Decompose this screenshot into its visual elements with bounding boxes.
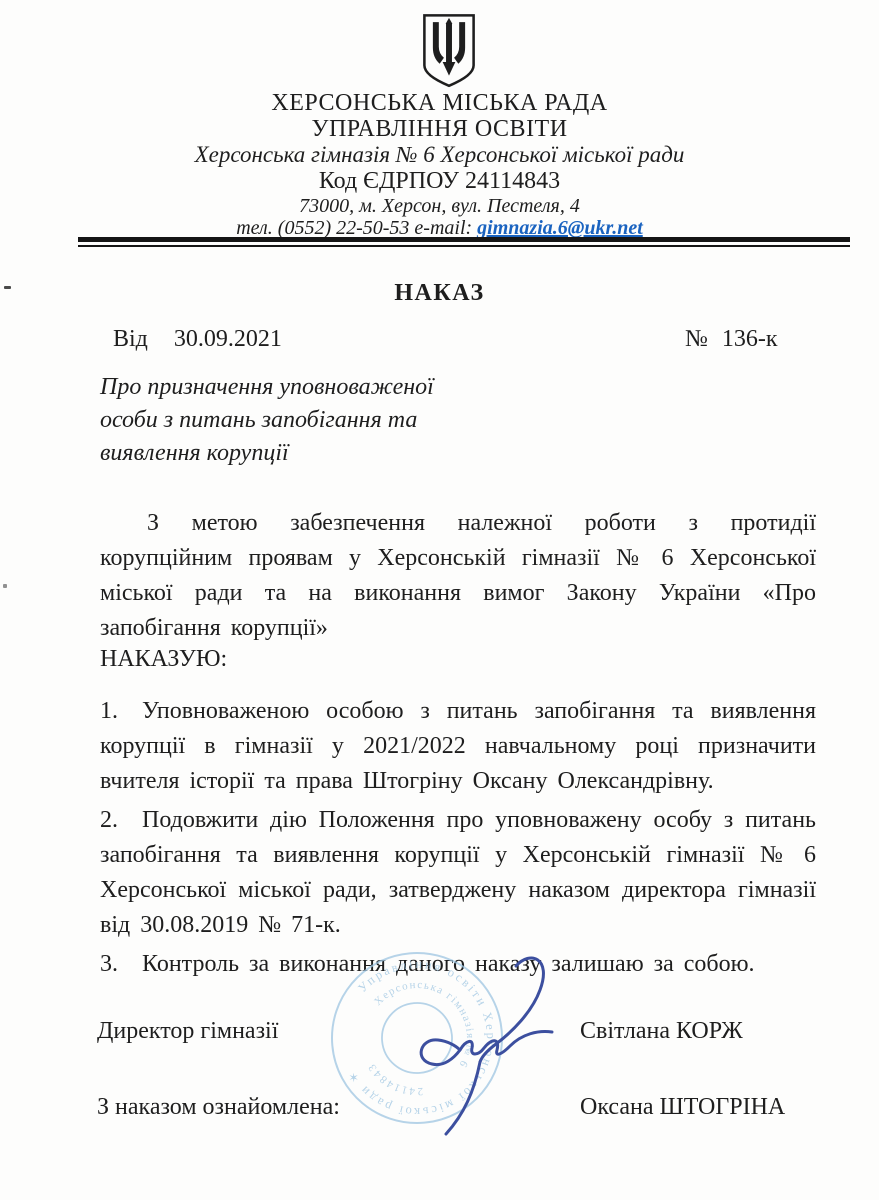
acknowledged-label: З наказом ознайомлена: bbox=[97, 1094, 340, 1121]
item-number: 2. bbox=[100, 807, 118, 833]
scanned-order-document: ХЕРСОНСЬКА МІСЬКА РАДА УПРАВЛІННЯ ОСВІТИ… bbox=[0, 0, 879, 1200]
order-item-1: 1.Уповноваженою особою з питань запобіга… bbox=[100, 694, 816, 799]
subject-line: виявлення корупції bbox=[100, 437, 520, 470]
number-label: № bbox=[685, 326, 708, 352]
order-subject: Про призначення уповноваженої особи з пи… bbox=[100, 371, 520, 470]
org-name-line1: ХЕРСОНСЬКА МІСЬКА РАДА bbox=[0, 90, 879, 116]
item-number: 1. bbox=[100, 698, 118, 724]
scan-artifact bbox=[4, 286, 11, 289]
order-date: Від30.09.2021 bbox=[113, 326, 282, 353]
ukraine-trident-emblem-icon bbox=[421, 12, 477, 90]
scan-artifact bbox=[3, 584, 7, 588]
email-link[interactable]: gimnazia.6@ukr.net bbox=[477, 217, 643, 239]
order-preamble: З метою забезпечення належної роботи з п… bbox=[100, 506, 816, 646]
director-label: Директор гімназії bbox=[97, 1018, 278, 1045]
org-name-line2: УПРАВЛІННЯ ОСВІТИ bbox=[0, 116, 879, 142]
director-name: Світлана КОРЖ bbox=[580, 1018, 743, 1045]
gymnasium-name: Херсонська гімназія № 6 Херсонської місь… bbox=[0, 142, 879, 168]
order-item-2: 2.Подовжити дію Положення про уповноваже… bbox=[100, 803, 816, 943]
handwritten-signature bbox=[400, 952, 590, 1138]
number-value: 136-к bbox=[722, 326, 778, 352]
order-number: №136-к bbox=[685, 326, 778, 353]
item-text: Уповноваженою особою з питань запобіганн… bbox=[100, 698, 816, 794]
edrpou-code: Код ЄДРПОУ 24114843 bbox=[0, 168, 879, 195]
date-value: 30.09.2021 bbox=[174, 326, 282, 352]
subject-line: Про призначення уповноваженої bbox=[100, 371, 520, 404]
letterhead: ХЕРСОНСЬКА МІСЬКА РАДА УПРАВЛІННЯ ОСВІТИ… bbox=[0, 90, 879, 240]
order-items: 1.Уповноваженою особою з питань запобіга… bbox=[100, 694, 816, 986]
letterhead-divider bbox=[78, 237, 850, 247]
address-line: 73000, м. Херсон, вул. Пестеля, 4 bbox=[0, 195, 879, 217]
subject-line: особи з питань запобігання та bbox=[100, 404, 520, 437]
item-text: Подовжити дію Положення про уповноважену… bbox=[100, 807, 816, 938]
order-title: НАКАЗ bbox=[0, 280, 879, 307]
decree-word: НАКАЗУЮ: bbox=[100, 646, 227, 673]
phone-text: тел. (0552) 22-50-53 e-mail: bbox=[236, 217, 477, 239]
acknowledged-name: Оксана ШТОГРІНА bbox=[580, 1094, 785, 1121]
item-number: 3. bbox=[100, 951, 118, 977]
date-label: Від bbox=[113, 326, 148, 352]
